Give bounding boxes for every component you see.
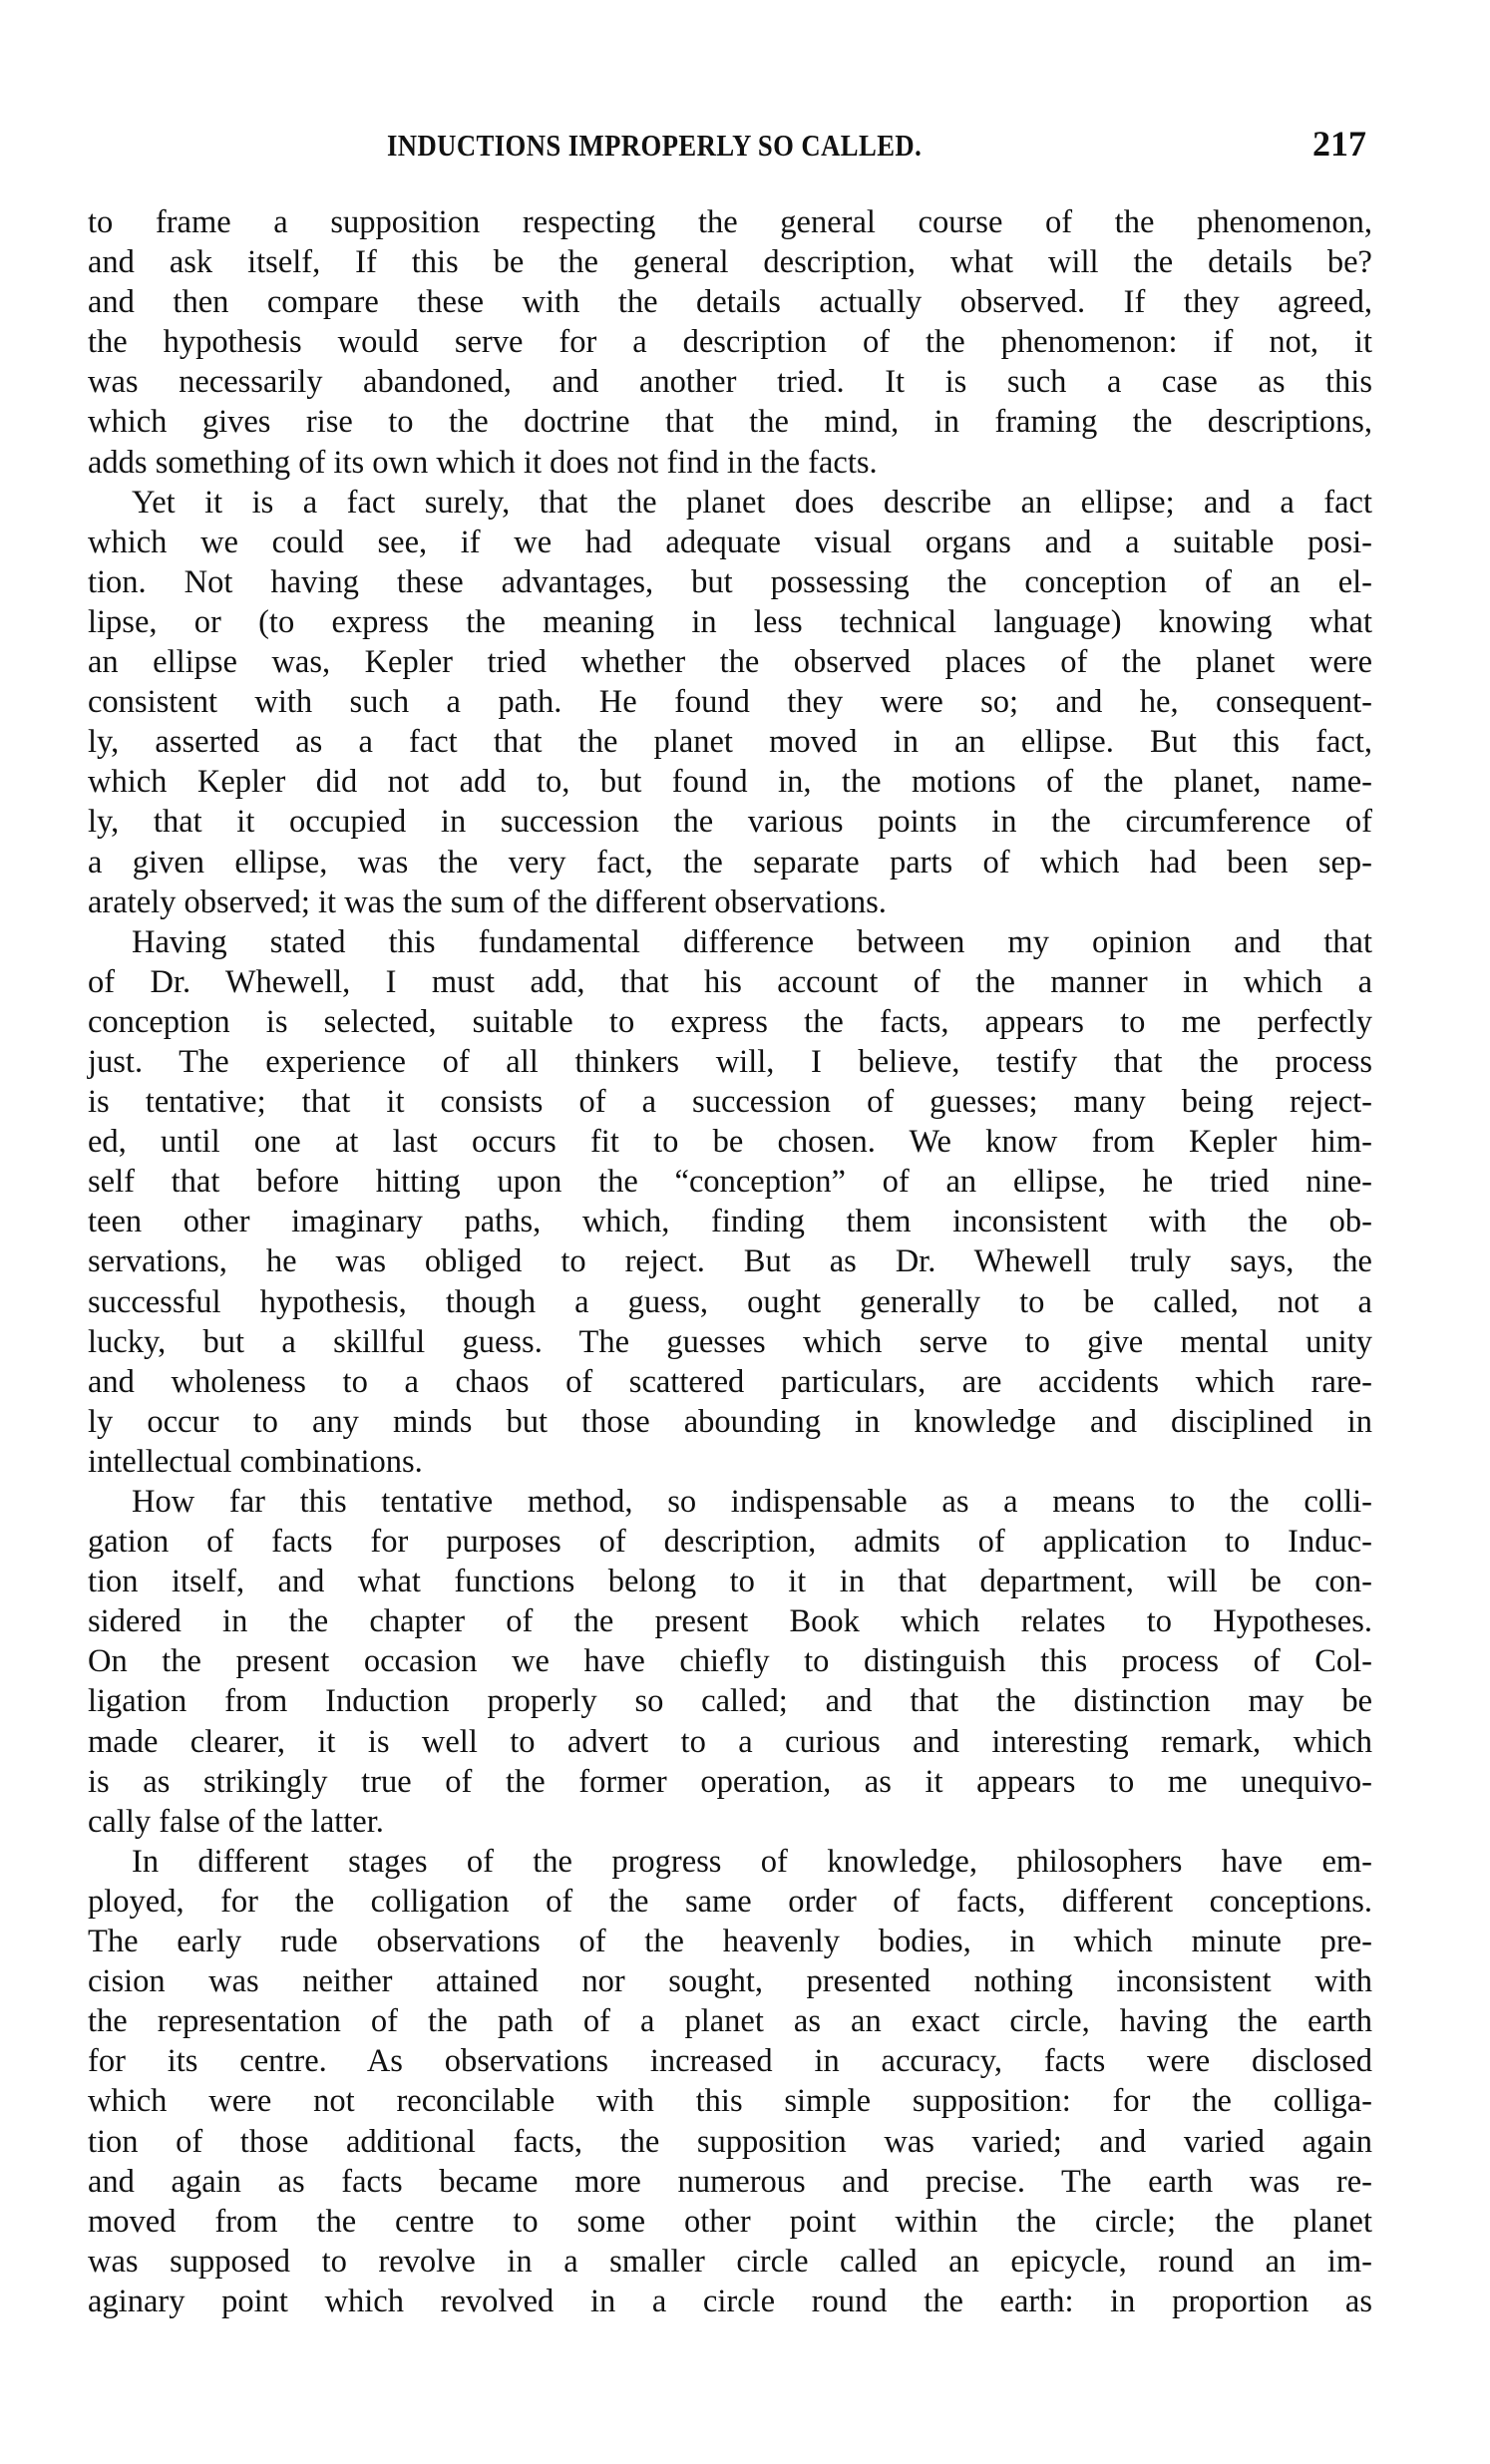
text-line: tion itself, and what functions belong t…	[88, 1562, 1372, 1601]
text-line: which gives rise to the doctrine that th…	[88, 402, 1372, 442]
text-line: the hypothesis would serve for a descrip…	[88, 322, 1372, 362]
text-line: consistent with such a path. He found th…	[88, 682, 1372, 722]
text-line: ly, asserted as a fact that the planet m…	[88, 722, 1372, 762]
paragraph: Having stated this fundamental differenc…	[88, 922, 1372, 1482]
text-line: gation of facts for purposes of descript…	[88, 1522, 1372, 1562]
text-line: conception is selected, suitable to expr…	[88, 1002, 1372, 1042]
text-line: a given ellipse, was the very fact, the …	[88, 843, 1372, 882]
text-line: aginary point which revolved in a circle…	[88, 2282, 1372, 2321]
text-line: cally false of the latter.	[88, 1802, 1372, 1842]
text-line: tion. Not having these advantages, but p…	[88, 562, 1372, 602]
text-line: is tentative; that it consists of a succ…	[88, 1082, 1372, 1122]
text-line: adds something of its own which it does …	[88, 443, 1372, 483]
text-line: which we could see, if we had adequate v…	[88, 523, 1372, 562]
text-line: which were not reconcilable with this si…	[88, 2081, 1372, 2121]
text-line: lipse, or (to express the meaning in les…	[88, 602, 1372, 642]
text-line: Having stated this fundamental differenc…	[88, 922, 1372, 962]
text-line: and then compare these with the details …	[88, 282, 1372, 322]
text-line: was supposed to revolve in a smaller cir…	[88, 2242, 1372, 2282]
book-page: INDUCTIONS IMPROPERLY SO CALLED. 217 to …	[0, 0, 1490, 2464]
text-line: ligation from Induction properly so call…	[88, 1681, 1372, 1721]
text-line: arately observed; it was the sum of the …	[88, 882, 1372, 922]
text-line: made clearer, it is well to advert to a …	[88, 1722, 1372, 1762]
text-line: lucky, but a skillful guess. The guesses…	[88, 1322, 1372, 1362]
text-line: sidered in the chapter of the present Bo…	[88, 1601, 1372, 1641]
paragraph: In different stages of the progress of k…	[88, 1842, 1372, 2321]
text-line: ployed, for the colligation of the same …	[88, 1882, 1372, 1922]
text-line: cision was neither attained nor sought, …	[88, 1961, 1372, 2001]
text-line: which Kepler did not add to, but found i…	[88, 762, 1372, 802]
body-text: to frame a supposition respecting the ge…	[88, 202, 1372, 2321]
text-line: Yet it is a fact surely, that the planet…	[88, 483, 1372, 523]
text-line: and wholeness to a chaos of scattered pa…	[88, 1362, 1372, 1402]
text-line: and again as facts became more numerous …	[88, 2162, 1372, 2202]
text-line: moved from the centre to some other poin…	[88, 2202, 1372, 2242]
text-line: was necessarily abandoned, and another t…	[88, 362, 1372, 402]
paragraph: How far this tentative method, so indisp…	[88, 1482, 1372, 1842]
text-line: and ask itself, If this be the general d…	[88, 242, 1372, 282]
paragraph: to frame a supposition respecting the ge…	[88, 202, 1372, 483]
text-line: an ellipse was, Kepler tried whether the…	[88, 642, 1372, 682]
running-head-title: INDUCTIONS IMPROPERLY SO CALLED.	[387, 126, 970, 166]
text-line: just. The experience of all thinkers wil…	[88, 1042, 1372, 1082]
text-line: is as strikingly true of the former oper…	[88, 1762, 1372, 1802]
text-line: for its centre. As observations increase…	[88, 2041, 1372, 2081]
page-number: 217	[1312, 122, 1366, 166]
paragraph: Yet it is a fact surely, that the planet…	[88, 483, 1372, 922]
text-line: successful hypothesis, though a guess, o…	[88, 1282, 1372, 1322]
text-line: self that before hitting upon the “conce…	[88, 1162, 1372, 1202]
text-line: intellectual combinations.	[88, 1442, 1372, 1482]
text-line: ly, that it occupied in succession the v…	[88, 802, 1372, 842]
text-line: of Dr. Whewell, I must add, that his acc…	[88, 962, 1372, 1002]
text-line: How far this tentative method, so indisp…	[88, 1482, 1372, 1522]
text-line: tion of those additional facts, the supp…	[88, 2122, 1372, 2162]
text-line: servations, he was obliged to reject. Bu…	[88, 1241, 1372, 1281]
text-line: In different stages of the progress of k…	[88, 1842, 1372, 1882]
text-line: teen other imaginary paths, which, findi…	[88, 1202, 1372, 1241]
text-line: ly occur to any minds but those aboundin…	[88, 1402, 1372, 1442]
text-line: ed, until one at last occurs fit to be c…	[88, 1122, 1372, 1162]
text-line: On the present occasion we have chiefly …	[88, 1641, 1372, 1681]
text-line: the representation of the path of a plan…	[88, 2001, 1372, 2041]
text-line: to frame a supposition respecting the ge…	[88, 202, 1372, 242]
text-line: The early rude observations of the heave…	[88, 1922, 1372, 1961]
